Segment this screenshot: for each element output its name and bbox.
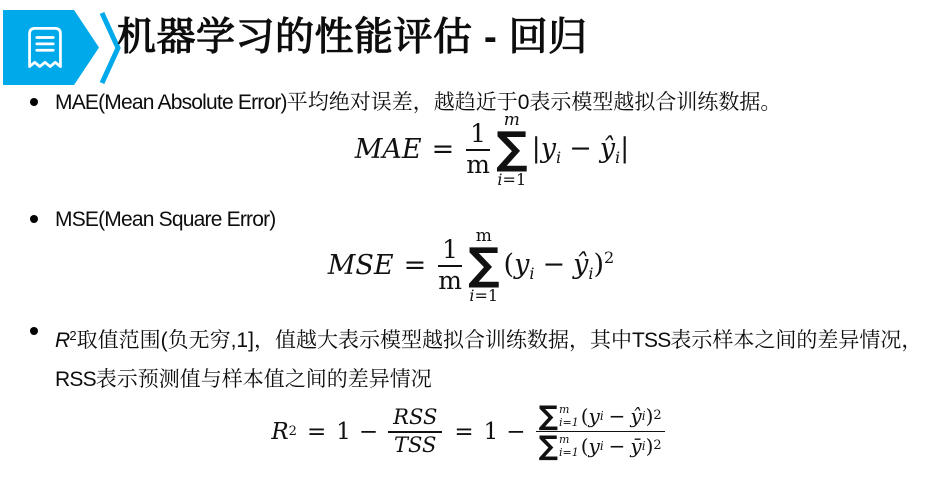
slide: 机器学习的性能评估 - 回归 MAE(Mean Absolute Error)平… <box>0 0 948 484</box>
fraction-sum-ratio: ∑mi=1(yi−ŷi)2 ∑mi=1(yi−ȳi)2 <box>536 402 665 461</box>
formula-mae-row: MAE = 1 m m ∑ i=1 |yi−ŷi| <box>355 112 629 188</box>
fraction-denominator: m <box>466 149 490 180</box>
minus-sign: − <box>569 133 592 164</box>
formula-mse: MSE = 1 m m ∑ i=1 (yi−ŷi)2 <box>0 228 948 304</box>
sum-lower-limit: i=1 <box>497 172 526 188</box>
number-one: 1 <box>484 419 499 445</box>
sigma-icon: ∑ <box>539 433 558 460</box>
fraction-numerator: 1 <box>438 236 462 265</box>
y-subscript: i <box>600 410 604 424</box>
mae-lhs: MAE <box>355 134 422 165</box>
r-description-1: 取值范围(负无穷,1]，值越大表示模型越拟合训练数据，其中 <box>77 329 632 352</box>
sum-ratio-numerator: ∑mi=1(yi−ŷi)2 <box>536 402 665 431</box>
formula-r-squared: R2 = 1 − RSS TSS = 1 − ∑mi=1(yi−ŷi)2 ∑mi… <box>0 402 948 461</box>
minus-sign: − <box>609 435 626 458</box>
y-hat-var: ŷ <box>600 133 615 164</box>
square-exponent: 2 <box>653 439 661 454</box>
formula-r-squared-row: R2 = 1 − RSS TSS = 1 − ∑mi=1(yi−ŷi)2 ∑mi… <box>271 402 666 461</box>
receipt-icon <box>25 24 65 71</box>
sigma-icon: ∑ <box>496 130 528 169</box>
y-var: y <box>514 249 529 280</box>
y-subscript: i <box>600 440 604 454</box>
mse-lhs: MSE <box>328 250 394 281</box>
bullet-dot <box>30 327 38 335</box>
sum-lower-limit: i=1 <box>469 288 498 304</box>
r-exponent: 2 <box>69 328 76 343</box>
minus-sign: − <box>609 405 626 428</box>
mae-term: MAE(Mean Absolute Error) <box>55 91 287 114</box>
y-var: y <box>589 435 600 458</box>
y-subscript: i <box>529 264 534 283</box>
fraction-rss-tss: RSS TSS <box>388 405 442 457</box>
sum-upper-limit: m <box>559 404 569 417</box>
summation-inline: ∑mi=1 <box>539 403 579 430</box>
fraction-one-over-m: 1 m <box>466 120 490 180</box>
bullet-dot <box>30 98 38 106</box>
y-subscript: i <box>556 148 561 167</box>
summation: m ∑ i=1 <box>496 112 528 188</box>
y-var: y <box>541 133 556 164</box>
equals-sign: = <box>307 419 326 445</box>
r2-exponent: 2 <box>289 424 297 439</box>
fraction-denominator: m <box>438 265 462 296</box>
r2-lhs: R <box>271 419 288 445</box>
fraction-numerator: 1 <box>466 120 490 149</box>
mae-description: 平均绝对误差，越趋近于0表示模型越拟合训练数据。 <box>287 91 782 114</box>
summation: m ∑ i=1 <box>468 228 500 304</box>
title-banner <box>3 10 99 85</box>
tss-term: TSS <box>632 329 670 352</box>
equals-sign: = <box>454 419 473 445</box>
minus-sign: − <box>506 419 525 445</box>
abs-bar: | <box>620 133 629 164</box>
paren-close: ) <box>646 405 654 428</box>
y-hat-var: ŷ <box>573 249 588 280</box>
square-exponent: 2 <box>653 409 661 424</box>
rss-term: RSS <box>55 368 96 391</box>
bullet-r-squared-text: R2取值范围(负无穷,1]，值越大表示模型越拟合训练数据，其中TSS表示样本之间… <box>55 316 935 399</box>
paren-close: ) <box>594 249 605 280</box>
bullet-r-squared: R2取值范围(负无穷,1]，值越大表示模型越拟合训练数据，其中TSS表示样本之间… <box>30 316 940 399</box>
r-description-3: 表示预测值与样本值之间的差异情况 <box>96 368 432 391</box>
formula-mae: MAE = 1 m m ∑ i=1 |yi−ŷi| <box>0 112 948 188</box>
formula-mse-row: MSE = 1 m m ∑ i=1 (yi−ŷi)2 <box>328 228 614 304</box>
y-hat-var: ŷ <box>630 405 641 428</box>
sum-lower-limit: i=1 <box>559 447 579 460</box>
paren-close: ) <box>646 435 654 458</box>
paren-open: ( <box>581 405 589 428</box>
paren-open: ( <box>581 435 589 458</box>
equals-sign: = <box>404 250 427 281</box>
slide-title: 机器学习的性能评估 - 回归 <box>117 15 588 61</box>
fraction-one-over-m: 1 m <box>438 236 462 296</box>
sum-ratio-denominator: ∑mi=1(yi−ȳi)2 <box>536 431 665 461</box>
summation-inline: ∑mi=1 <box>539 433 579 460</box>
sigma-icon: ∑ <box>539 403 558 430</box>
rss-numerator: RSS <box>388 405 442 430</box>
r-description-2: 表示样本之间的差异情况， <box>670 329 922 352</box>
sum-lower-limit: i=1 <box>559 417 579 430</box>
tss-denominator: TSS <box>388 431 442 458</box>
y-var: y <box>589 405 600 428</box>
minus-sign: − <box>542 249 565 280</box>
square-exponent: 2 <box>604 248 614 267</box>
formula-body: (yi−ŷi)2 <box>504 248 615 283</box>
formula-body: |yi−ŷi| <box>532 133 630 167</box>
paren-open: ( <box>504 249 515 280</box>
bullet-dot <box>30 215 38 223</box>
y-bar-var: ȳ <box>630 435 641 458</box>
sum-upper-limit: m <box>559 434 569 447</box>
equals-sign: = <box>432 134 455 165</box>
abs-bar: | <box>532 133 541 164</box>
r-term: R <box>55 329 69 352</box>
number-one: 1 <box>336 419 351 445</box>
minus-sign: − <box>359 419 378 445</box>
sigma-icon: ∑ <box>468 246 500 285</box>
